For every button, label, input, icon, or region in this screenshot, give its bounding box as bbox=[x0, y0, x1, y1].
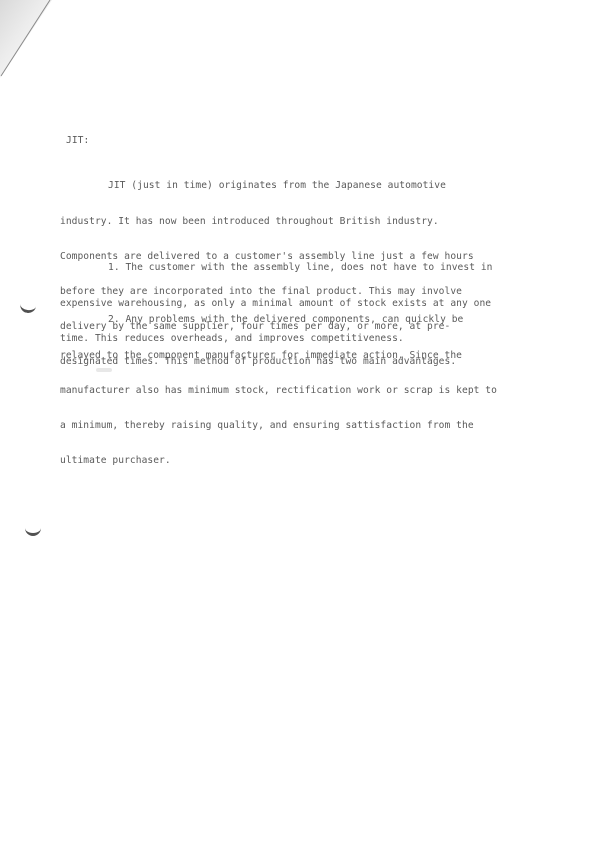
text-line: manufacturer also has minimum stock, rec… bbox=[60, 385, 497, 397]
text-line: industry. It has now been introduced thr… bbox=[60, 216, 474, 228]
text-line: 1. The customer with the assembly line, … bbox=[60, 262, 493, 274]
text-line: relayed to the component manufacturer fo… bbox=[60, 350, 497, 362]
text-line: 2. Any problems with the delivered compo… bbox=[60, 314, 497, 326]
scanned-page: JIT: JIT (just in time) originates from … bbox=[0, 0, 612, 842]
text-line: a minimum, thereby raising quality, and … bbox=[60, 420, 497, 432]
punch-hole-bottom bbox=[25, 523, 41, 536]
paragraph-advantage-2: 2. Any problems with the delivered compo… bbox=[60, 291, 497, 490]
document-heading: JIT: bbox=[66, 135, 89, 147]
text-line: JIT (just in time) originates from the J… bbox=[60, 180, 474, 192]
punch-hole-top bbox=[19, 299, 37, 314]
scan-smudge bbox=[96, 368, 112, 372]
folded-corner-edge bbox=[0, 0, 52, 78]
text-line: ultimate purchaser. bbox=[60, 455, 497, 467]
